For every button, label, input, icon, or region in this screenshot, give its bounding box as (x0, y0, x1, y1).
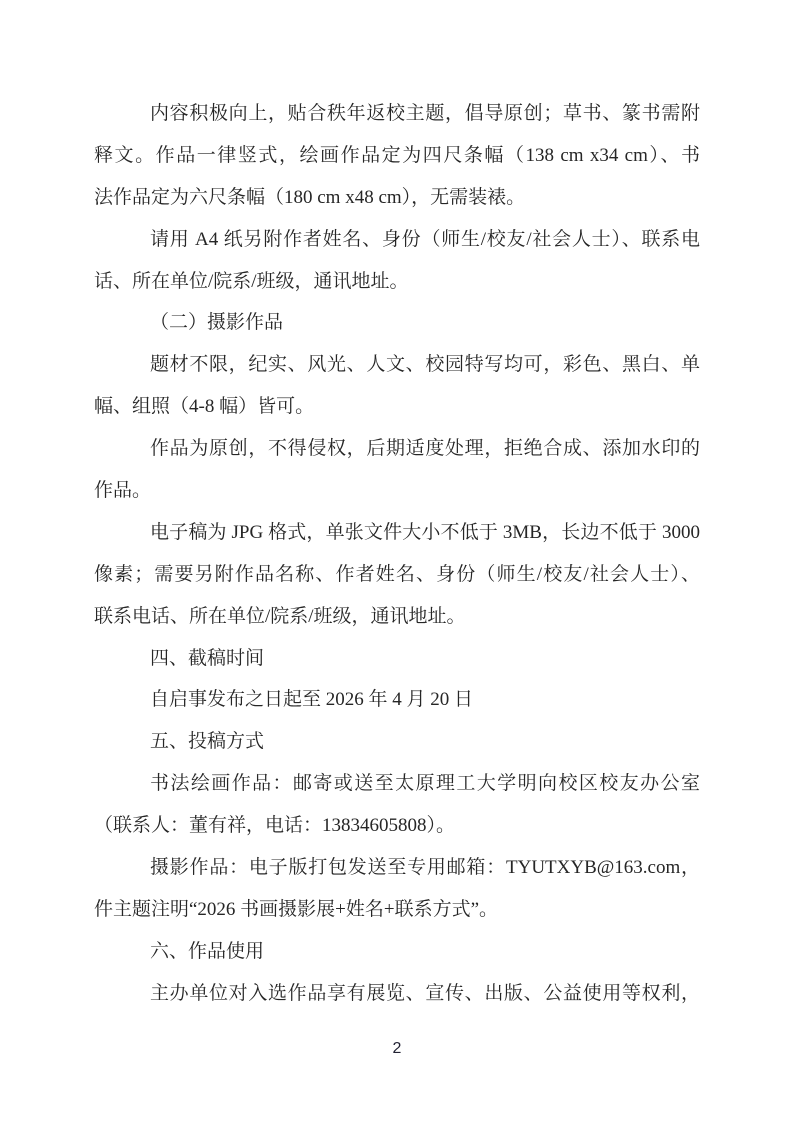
text-line: 书法绘画作品：邮寄或送至太原理工大学明向校区校友办公室 (94, 763, 700, 805)
text-line: 作品为原创，不得侵权，后期适度处理，拒绝合成、添加水印的 (94, 428, 700, 470)
text-line: 请用 A4 纸另附作者姓名、身份（师生/校友/社会人士）、联系电 (94, 219, 700, 261)
text-line: 件主题注明“2026 书画摄影展+姓名+联系方式”。 (94, 889, 700, 931)
text-line: （联系人：董有祥，电话：13834605808）。 (94, 805, 700, 847)
text-line: 五、投稿方式 (94, 721, 700, 763)
text-line: 作品。 (94, 470, 700, 512)
text-line: 释文。作品一律竖式，绘画作品定为四尺条幅（138 cm x34 cm）、书 (94, 135, 700, 177)
text-line: 电子稿为 JPG 格式，单张文件大小不低于 3MB，长边不低于 3000 (94, 512, 700, 554)
text-line: 摄影作品：电子版打包发送至专用邮箱：TYUTXYB@163.com，邮 (94, 847, 700, 889)
text-line: 法作品定为六尺条幅（180 cm x48 cm），无需装裱。 (94, 177, 700, 219)
text-line: （二）摄影作品 (94, 302, 700, 344)
document-page: 内容积极向上，贴合秩年返校主题，倡导原创；草书、篆书需附释文。作品一律竖式，绘画… (0, 0, 794, 1123)
text-line: 六、作品使用 (94, 931, 700, 973)
text-line: 联系电话、所在单位/院系/班级，通讯地址。 (94, 596, 700, 638)
text-line: 四、截稿时间 (94, 638, 700, 680)
page-number: 2 (0, 1038, 794, 1060)
text-line: 幅、组照（4-8 幅）皆可。 (94, 386, 700, 428)
text-line: 内容积极向上，贴合秩年返校主题，倡导原创；草书、篆书需附 (94, 93, 700, 135)
text-line: 题材不限，纪实、风光、人文、校园特写均可，彩色、黑白、单 (94, 344, 700, 386)
text-line: 话、所在单位/院系/班级，通讯地址。 (94, 261, 700, 303)
text-line: 自启事发布之日起至 2026 年 4 月 20 日 (94, 679, 700, 721)
text-line: 像素；需要另附作品名称、作者姓名、身份（师生/校友/社会人士）、 (94, 554, 700, 596)
document-body: 内容积极向上，贴合秩年返校主题，倡导原创；草书、篆书需附释文。作品一律竖式，绘画… (94, 93, 700, 1015)
text-line: 主办单位对入选作品享有展览、宣传、出版、公益使用等权利， (94, 973, 700, 1015)
